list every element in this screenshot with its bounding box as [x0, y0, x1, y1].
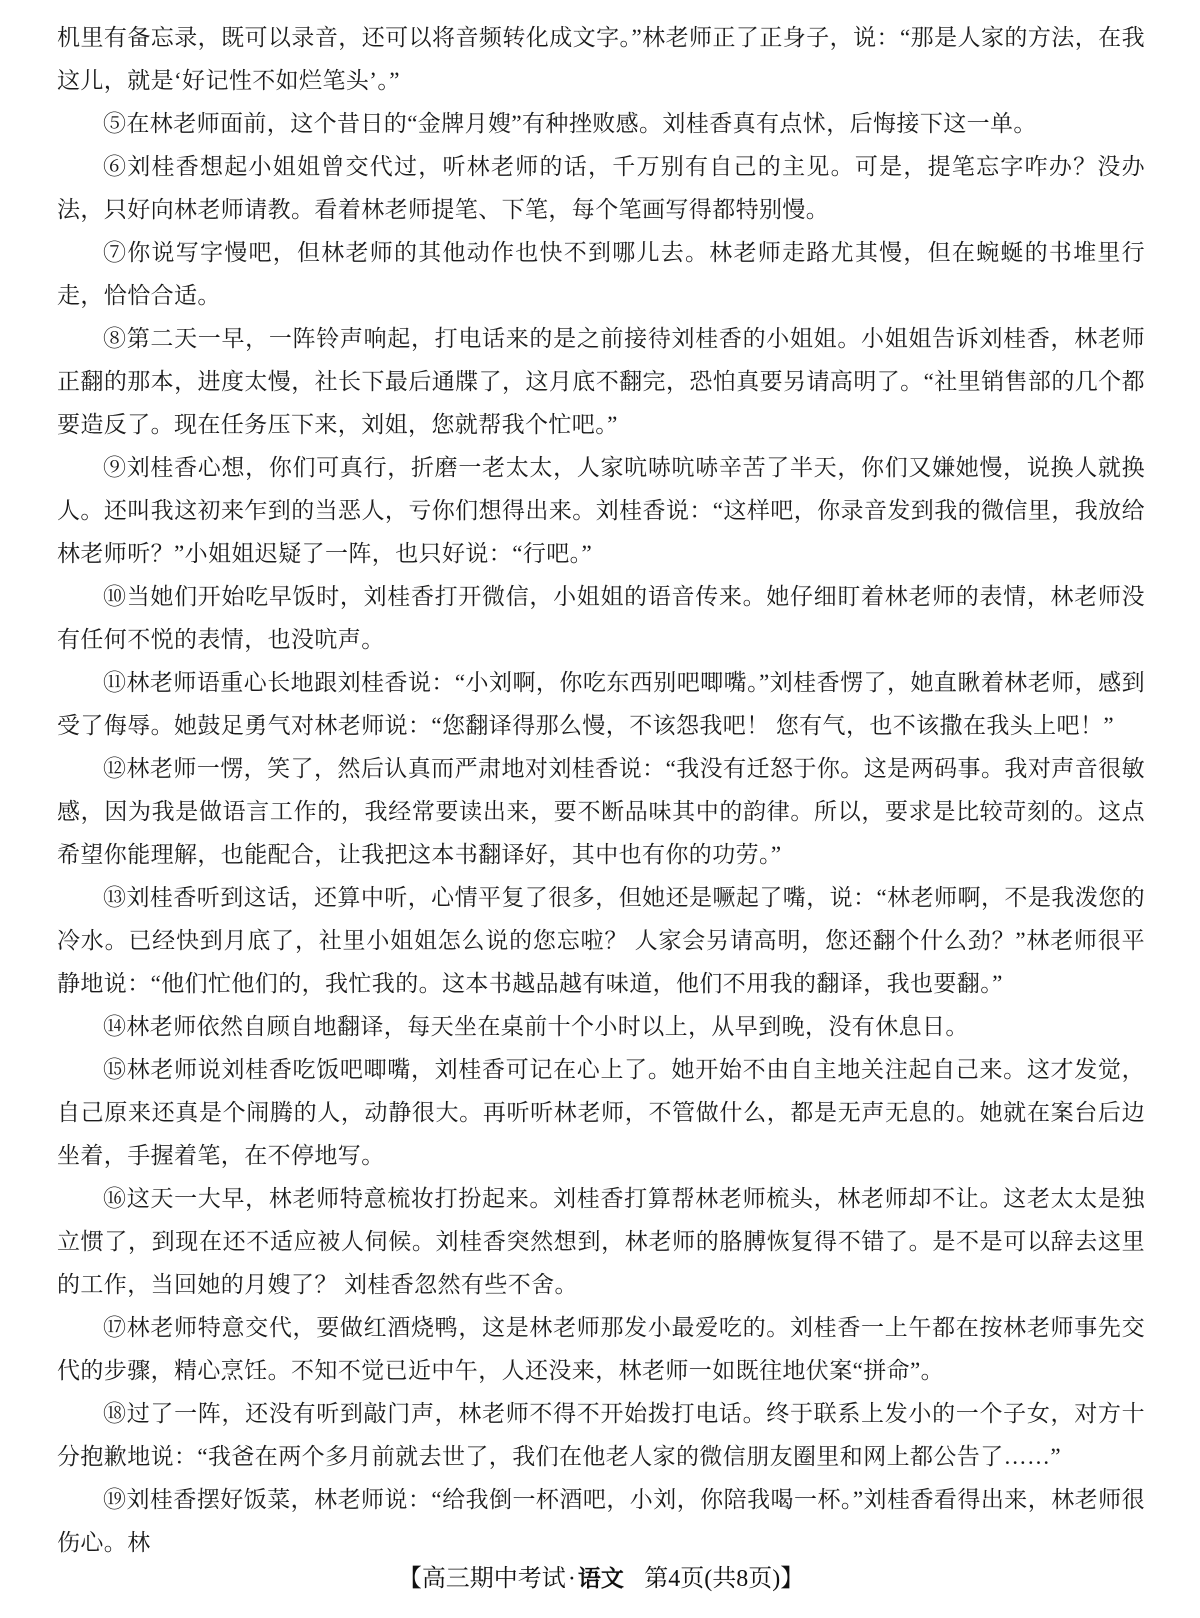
- passage-paragraph: ⑧第二天一早，一阵铃声响起，打电话来的是之前接待刘桂香的小姐姐。小姐姐告诉刘桂香…: [57, 317, 1145, 446]
- page-footer: 【高三期中考试·语文第4页(共8页)】: [57, 1553, 1145, 1608]
- reading-passage: 机里有备忘录，既可以录音，还可以将音频转化成文字。”林老师正了正身子，说：“那是…: [57, 16, 1145, 1553]
- footer-subject: 语文: [578, 1565, 624, 1591]
- passage-paragraph: ⑦你说写字慢吧，但林老师的其他动作也快不到哪儿去。林老师走路尤其慢，但在蜿蜒的书…: [57, 231, 1145, 317]
- footer-bracket-right: 】: [780, 1566, 804, 1592]
- footer-separator: ·: [566, 1566, 578, 1592]
- footer-page-number: 第4页(共8页): [644, 1566, 780, 1592]
- footer-exam-title: 高三期中考试: [422, 1566, 566, 1592]
- passage-paragraph: ⑭林老师依然自顾自地翻译，每天坐在桌前十个小时以上，从早到晚，没有休息日。: [57, 1005, 1145, 1048]
- passage-paragraph: ⑬刘桂香听到这话，还算中听，心情平复了很多，但她还是噘起了嘴，说：“林老师啊，不…: [57, 876, 1145, 1005]
- footer-bracket-left: 【: [398, 1566, 422, 1592]
- passage-paragraph: ⑮林老师说刘桂香吃饭吧唧嘴，刘桂香可记在心上了。她开始不由自主地关注起自己来。这…: [57, 1048, 1145, 1177]
- passage-paragraph: ⑥刘桂香想起小姐姐曾交代过，听林老师的话，千万别有自己的主见。可是，提笔忘字咋办…: [57, 145, 1145, 231]
- passage-paragraph: ⑱过了一阵，还没有听到敲门声，林老师不得不开始拨打电话。终于联系上发小的一个子女…: [57, 1392, 1145, 1478]
- passage-paragraph: ⑨刘桂香心想，你们可真行，折磨一老太太，人家吭哧吭哧辛苦了半天，你们又嫌她慢，说…: [57, 446, 1145, 575]
- passage-paragraph: ⑲刘桂香摆好饭菜，林老师说：“给我倒一杯酒吧，小刘，你陪我喝一杯。”刘桂香看得出…: [57, 1478, 1145, 1553]
- exam-page: 机里有备忘录，既可以录音，还可以将音频转化成文字。”林老师正了正身子，说：“那是…: [0, 0, 1200, 1618]
- passage-paragraph: ⑪林老师语重心长地跟刘桂香说：“小刘啊，你吃东西别吧唧嘴。”刘桂香愣了，她直瞅着…: [57, 661, 1145, 747]
- passage-paragraph: ⑩当她们开始吃早饭时，刘桂香打开微信，小姐姐的语音传来。她仔细盯着林老师的表情，…: [57, 575, 1145, 661]
- passage-paragraph: ⑤在林老师面前，这个昔日的“金牌月嫂”有种挫败感。刘桂香真有点怵，后悔接下这一单…: [57, 102, 1145, 145]
- passage-paragraph: 机里有备忘录，既可以录音，还可以将音频转化成文字。”林老师正了正身子，说：“那是…: [57, 16, 1145, 102]
- passage-paragraph: ⑰林老师特意交代，要做红酒烧鸭，这是林老师那发小最爱吃的。刘桂香一上午都在按林老…: [57, 1306, 1145, 1392]
- passage-paragraph: ⑯这天一大早，林老师特意梳妆打扮起来。刘桂香打算帮林老师梳头，林老师却不让。这老…: [57, 1177, 1145, 1306]
- passage-paragraph: ⑫林老师一愣，笑了，然后认真而严肃地对刘桂香说：“我没有迁怒于你。这是两码事。我…: [57, 747, 1145, 876]
